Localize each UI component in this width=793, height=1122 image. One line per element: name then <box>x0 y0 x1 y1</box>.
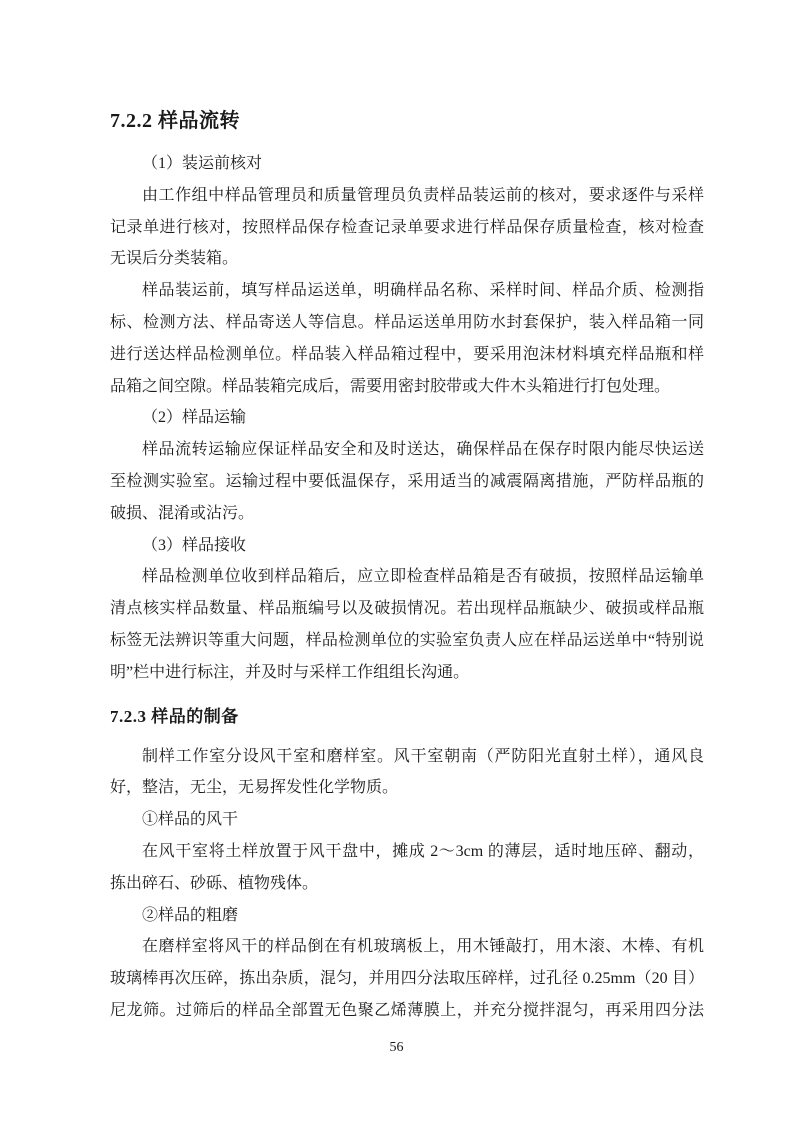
text-line: 品箱之间空隙。样品装箱完成后，需要用密封胶带或大件木头箱进行打包处理。 <box>110 371 704 403</box>
document-page: 7.2.2 样品流转（1）装运前核对由工作组中样品管理员和质量管理员负责样品装运… <box>0 0 793 1122</box>
text-line: 在风干室将土样放置于风干盘中，摊成 2～3cm 的薄层，适时地压碎、翻动， <box>110 836 704 868</box>
text-line: 样品流转运输应保证样品安全和及时送达，确保样品在保存时限内能尽快运送 <box>110 434 704 466</box>
text-line: 尼龙筛。过筛后的样品全部置无色聚乙烯薄膜上，并充分搅拌混匀，再采用四分法 <box>110 995 704 1027</box>
text-line: 好，整洁，无尘，无易挥发性化学物质。 <box>110 772 704 804</box>
page-number: 56 <box>0 1040 793 1056</box>
text-line: 样品装运前，填写样品运送单，明确样品名称、采样时间、样品介质、检测指 <box>110 275 704 307</box>
section-heading: 7.2.2 样品流转 <box>110 104 704 138</box>
text-line: 进行送达样品检测单位。样品装入样品箱过程中，要采用泡沫材料填充样品瓶和样 <box>110 339 704 371</box>
text-line: 制样工作室分设风干室和磨样室。风干室朝南（严防阳光直射土样），通风良 <box>110 741 704 773</box>
list-item-heading: （1）装运前核对 <box>110 148 704 180</box>
list-item-heading: ①样品的风干 <box>110 804 704 836</box>
document-content: 7.2.2 样品流转（1）装运前核对由工作组中样品管理员和质量管理员负责样品装运… <box>110 104 704 1027</box>
text-line: 至检测实验室。运输过程中要低温保存，采用适当的减震隔离措施，严防样品瓶的 <box>110 466 704 498</box>
text-line: 标签无法辨识等重大问题，样品检测单位的实验室负责人应在样品运送单中“特别说 <box>110 625 704 657</box>
section-heading: 7.2.3 样品的制备 <box>110 701 704 733</box>
list-item-heading: （2）样品运输 <box>110 402 704 434</box>
text-line: 记录单进行核对，按照样品保存检查记录单要求进行样品保存质量检查，核对检查 <box>110 212 704 244</box>
text-line: 玻璃棒再次压碎，拣出杂质，混匀，并用四分法取压碎样，过孔径 0.25mm（20 … <box>110 963 704 995</box>
list-item-heading: ②样品的粗磨 <box>110 900 704 932</box>
text-line: 标、检测方法、样品寄送人等信息。样品运送单用防水封套保护，装入样品箱一同 <box>110 307 704 339</box>
text-line: 样品检测单位收到样品箱后，应立即检查样品箱是否有破损，按照样品运输单 <box>110 561 704 593</box>
text-line: 无误后分类装箱。 <box>110 243 704 275</box>
text-line: 在磨样室将风干的样品倒在有机玻璃板上，用木锤敲打，用木滚、木棒、有机 <box>110 931 704 963</box>
list-item-heading: （3）样品接收 <box>110 530 704 562</box>
text-line: 清点核实样品数量、样品瓶编号以及破损情况。若出现样品瓶缺少、破损或样品瓶 <box>110 593 704 625</box>
text-line: 由工作组中样品管理员和质量管理员负责样品装运前的核对，要求逐件与采样 <box>110 180 704 212</box>
text-line: 拣出碎石、砂砾、植物残体。 <box>110 868 704 900</box>
text-line: 明”栏中进行标注，并及时与采样工作组组长沟通。 <box>110 657 704 689</box>
text-line: 破损、混淆或沾污。 <box>110 498 704 530</box>
